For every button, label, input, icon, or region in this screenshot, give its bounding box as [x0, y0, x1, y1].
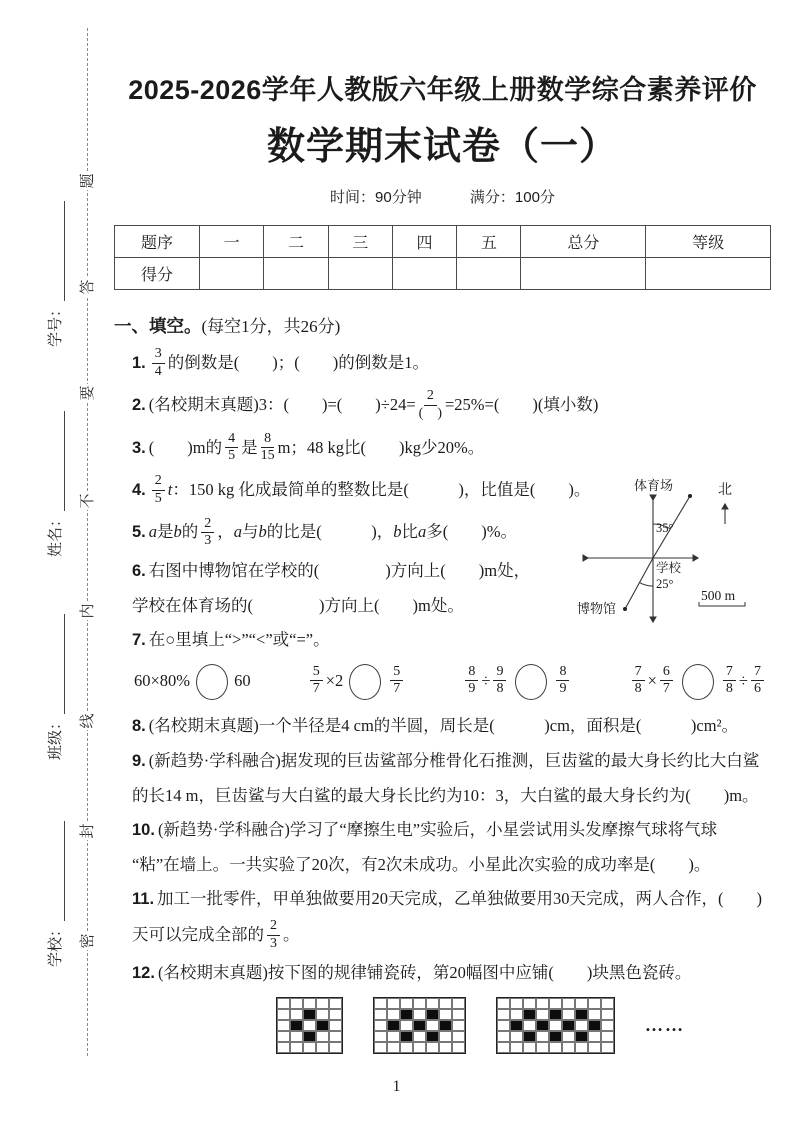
- question-11-line-2: 天可以完成全部的23。: [132, 920, 771, 952]
- tile-cell: [413, 1042, 426, 1053]
- text: (新趋势·学科融合)据发现的巨齿鲨部分椎骨化石推测，巨齿鲨的最大身长约比大白鲨: [149, 751, 759, 770]
- tile-cell: [400, 1020, 413, 1031]
- fraction: 45: [225, 432, 238, 464]
- comparison-group-2: 57×257: [307, 664, 407, 700]
- tile-cell: [316, 1009, 329, 1020]
- tile-cell-black: [316, 1020, 329, 1031]
- tile-cell: [510, 998, 523, 1009]
- score-header-cell: 五: [457, 226, 521, 258]
- tile-cell: [329, 1042, 342, 1053]
- fraction: 23: [267, 919, 280, 951]
- tile-cell: [510, 1031, 523, 1042]
- score-header-cell: 二: [264, 226, 328, 258]
- tile-cell: [601, 1009, 614, 1020]
- tile-cell-black: [387, 1020, 400, 1031]
- tile-cell: [290, 1031, 303, 1042]
- seal-char: 内: [79, 602, 97, 620]
- text: 右图中博物馆在学校的( )方向上( )m处，: [149, 561, 530, 580]
- score-cell-empty: [521, 258, 646, 290]
- tile-cell: [588, 1031, 601, 1042]
- tile-cell: [439, 1031, 452, 1042]
- score-table-header-row: 题序 一 二 三 四 五 总分 等级: [115, 226, 771, 258]
- italic-variable: b: [393, 522, 401, 541]
- school-label: 学校: [656, 560, 682, 575]
- tile-cell: [536, 1009, 549, 1020]
- tile-cell-black: [290, 1020, 303, 1031]
- tile-cell: [536, 1031, 549, 1042]
- text: 天可以完成全部的: [132, 925, 264, 944]
- score-header-cell: 四: [392, 226, 456, 258]
- seal-char: 封: [79, 822, 97, 840]
- school-field: 学校：: [45, 777, 65, 967]
- tile-cell: [562, 1031, 575, 1042]
- score-header-cell: 等级: [646, 226, 771, 258]
- angle-25-label: 25°: [656, 577, 674, 591]
- text: 多( )%。: [426, 522, 517, 541]
- tile-cell: [497, 998, 510, 1009]
- tile-cell: [303, 998, 316, 1009]
- tile-cell: [575, 1042, 588, 1053]
- student-id-blank: [49, 201, 65, 301]
- tile-cell: [426, 998, 439, 1009]
- fraction: 76: [751, 665, 764, 697]
- tile-cell: [588, 998, 601, 1009]
- tile-cell: [601, 998, 614, 1009]
- tile-cell: [303, 1020, 316, 1031]
- time-limit: 时间：90分钟: [330, 189, 422, 206]
- text: ÷: [481, 671, 490, 690]
- tile-cell-black: [510, 1020, 523, 1031]
- seal-char: 密: [79, 932, 97, 950]
- tile-cell: [439, 998, 452, 1009]
- text: 是: [157, 522, 174, 541]
- class-blank: [49, 614, 65, 714]
- tile-cell: [452, 998, 465, 1009]
- tile-cell: [575, 998, 588, 1009]
- tile-cell: [374, 1009, 387, 1020]
- score-header-cell: 题序: [115, 226, 200, 258]
- fraction: 815: [261, 432, 275, 464]
- tile-cell-black: [536, 1020, 549, 1031]
- comparison-circle: [515, 664, 547, 700]
- italic-variable: a: [234, 522, 242, 541]
- text: 60: [234, 671, 251, 690]
- section-1-title: 一、填空。: [114, 316, 202, 336]
- comparison-circle: [196, 664, 228, 700]
- text: 加工一批零件，甲单独做要用20天完成，乙单独做要用30天完成，两人合作，( ): [157, 889, 762, 908]
- tile-cell: [439, 1009, 452, 1020]
- tile-cell: [588, 1009, 601, 1020]
- tile-pattern-figures: ……: [276, 997, 771, 1054]
- tile-figure-2: [373, 997, 466, 1054]
- fraction: 78: [632, 665, 645, 697]
- tile-cell: [497, 1020, 510, 1031]
- text: 的比是( )，: [267, 522, 394, 541]
- school-blank: [49, 821, 65, 921]
- tile-cell: [413, 1009, 426, 1020]
- tile-cell: [510, 1042, 523, 1053]
- fraction: 25: [152, 474, 165, 506]
- score-cell-empty: [392, 258, 456, 290]
- class-field: 班级：: [45, 570, 65, 760]
- tile-cell: [277, 998, 290, 1009]
- tile-cell: [400, 998, 413, 1009]
- tile-cell: [374, 998, 387, 1009]
- tile-cell: [452, 1020, 465, 1031]
- tile-cell: [316, 1031, 329, 1042]
- question-3: 3.( )m的45是815m；48 kg比( )kg少20%。: [132, 433, 771, 465]
- tile-cell: [575, 1020, 588, 1031]
- stadium-label: 体育场: [634, 478, 673, 493]
- tile-cell: [329, 998, 342, 1009]
- comparison-circle: [349, 664, 381, 700]
- text: “粘”在墙上。一共实验了20次，有2次未成功。小星此次实验的成功率是( )。: [132, 855, 710, 874]
- tile-cell: [387, 998, 400, 1009]
- fraction: 89: [556, 665, 569, 697]
- tile-cell: [497, 1042, 510, 1053]
- tile-cell: [387, 1031, 400, 1042]
- map-diagram: 体育场 北 35° 学校 25° 博物馆 500 m: [572, 472, 792, 632]
- question-9-line-2: 的长14 m，巨齿鲨与大白鲨的最大身长比约为10：3，大白鲨的最大身长约为( )…: [132, 782, 771, 809]
- pattern-ellipsis: ……: [645, 1015, 685, 1036]
- question-12: 12.(名校期末真题)按下图的规律铺瓷砖，第20幅图中应铺( )块黑色瓷砖。: [132, 959, 771, 987]
- score-header-cell: 总分: [521, 226, 646, 258]
- text: 学校在体育场的( )方向上( )m处。: [132, 596, 464, 615]
- text: (名校期末真题)按下图的规律铺瓷砖，第20幅图中应铺( )块黑色瓷砖。: [158, 963, 691, 982]
- text: 。: [283, 925, 300, 944]
- tile-cell: [497, 1009, 510, 1020]
- comparison-group-1: 60×80%60: [134, 664, 251, 700]
- student-name-blank: [49, 411, 65, 511]
- tile-cell-black: [575, 1009, 588, 1020]
- scale-label: 500 m: [701, 588, 736, 603]
- text: ×2: [326, 671, 344, 690]
- museum-label: 博物馆: [577, 601, 616, 616]
- section-1-heading: 一、填空。(每空1分，共26分): [114, 312, 771, 338]
- museum-point: [623, 607, 627, 611]
- tile-cell: [400, 1042, 413, 1053]
- tile-cell-black: [523, 1009, 536, 1020]
- tile-cell: [536, 998, 549, 1009]
- italic-variable: b: [259, 522, 267, 541]
- fraction: 57: [390, 665, 403, 697]
- angle-25-arc: [640, 583, 654, 587]
- tile-cell-black: [400, 1009, 413, 1020]
- stadium-point: [688, 494, 692, 498]
- tile-cell-black: [400, 1031, 413, 1042]
- tile-cell-black: [562, 1020, 575, 1031]
- tile-cell: [549, 1042, 562, 1053]
- tile-cell: [426, 1020, 439, 1031]
- page-number: 1: [0, 1078, 793, 1096]
- tile-cell: [601, 1042, 614, 1053]
- score-table-score-row: 得分: [115, 258, 771, 290]
- tile-cell: [290, 1042, 303, 1053]
- tile-cell: [523, 1020, 536, 1031]
- tile-cell: [329, 1031, 342, 1042]
- text: ÷: [739, 671, 748, 690]
- tile-cell: [329, 1020, 342, 1031]
- question-11-line-1: 11.加工一批零件，甲单独做要用20天完成，乙单独做要用30天完成，两人合作，(…: [132, 885, 771, 913]
- angle-35-label: 35°: [656, 521, 674, 535]
- text: 是: [241, 438, 258, 457]
- fraction: 98: [493, 665, 506, 697]
- tile-cell-black: [303, 1009, 316, 1020]
- tile-cell: [523, 998, 536, 1009]
- tile-cell-black: [426, 1009, 439, 1020]
- text: 的长14 m，巨齿鲨与大白鲨的最大身长比约为10：3，大白鲨的最大身长约为( )…: [132, 786, 759, 805]
- tile-cell: [290, 1009, 303, 1020]
- seal-char: 线: [79, 712, 97, 730]
- question-10-line-1: 10.(新趋势·学科融合)学习了“摩擦生电”实验后，小星尝试用头发摩擦气球将气球: [132, 816, 771, 844]
- comparison-group-4: 78×6778÷76: [629, 664, 767, 700]
- italic-variable: b: [174, 522, 182, 541]
- text: ×: [648, 671, 657, 690]
- tile-cell: [374, 1020, 387, 1031]
- tile-cell-black: [575, 1031, 588, 1042]
- tile-cell-black: [439, 1020, 452, 1031]
- question-7-comparisons: 60×80%60 57×257 89÷9889 78×6778÷76: [134, 664, 767, 700]
- score-cell-empty: [328, 258, 392, 290]
- text: =25%=( )(填小数): [445, 395, 598, 414]
- tile-figure-3: [496, 997, 615, 1054]
- text: 在○里填上“>”“<”或“=”。: [149, 630, 330, 649]
- tile-cell: [588, 1042, 601, 1053]
- text: ( )m的: [149, 438, 222, 457]
- fraction: 78: [723, 665, 736, 697]
- tile-cell: [277, 1009, 290, 1020]
- text: (名校期末真题)一个半径是4 cm的半圆，周长是( )cm，面积是( )cm²。: [149, 716, 738, 735]
- comparison-group-3: 89÷9889: [462, 664, 572, 700]
- tile-cell: [601, 1031, 614, 1042]
- tile-cell-black: [413, 1020, 426, 1031]
- tile-cell-black: [588, 1020, 601, 1031]
- tile-cell-black: [426, 1031, 439, 1042]
- exam-info: 时间：90分钟 满分：100分: [114, 186, 771, 207]
- text: ，: [217, 522, 234, 541]
- text: (新趋势·学科融合)学习了“摩擦生电”实验后，小星尝试用头发摩擦气球将气球: [158, 820, 717, 839]
- student-id-label: 学号：: [44, 302, 65, 347]
- tile-cell: [277, 1031, 290, 1042]
- score-cell-empty: [457, 258, 521, 290]
- tile-cell: [452, 1042, 465, 1053]
- school-label: 学校：: [44, 922, 65, 967]
- seal-char: 题: [79, 172, 97, 190]
- question-8: 8.(名校期末真题)一个半径是4 cm的半圆，周长是( )cm，面积是( )cm…: [132, 712, 771, 740]
- score-header-cell: 一: [200, 226, 264, 258]
- school-to-museum-ray: [625, 558, 653, 609]
- tile-cell-black: [303, 1031, 316, 1042]
- question-2: 2.(名校期末真题)3：( )=( )÷24=2( )=25%=( )(填小数): [132, 390, 771, 422]
- score-table: 题序 一 二 三 四 五 总分 等级 得分: [114, 225, 771, 290]
- fraction: 23: [201, 517, 214, 549]
- fraction: 67: [660, 665, 673, 697]
- text: 与: [242, 522, 259, 541]
- tile-figure-1: [276, 997, 343, 1054]
- score-row-label: 得分: [115, 258, 200, 290]
- tile-cell: [497, 1031, 510, 1042]
- seal-char: 不: [79, 492, 97, 510]
- tile-cell: [562, 1042, 575, 1053]
- seal-char: 要: [79, 384, 97, 402]
- score-cell-empty: [646, 258, 771, 290]
- tile-cell: [316, 1042, 329, 1053]
- tile-cell: [523, 1042, 536, 1053]
- tile-cell: [536, 1042, 549, 1053]
- score-header-cell: 三: [328, 226, 392, 258]
- tile-cell: [439, 1042, 452, 1053]
- text: 的: [182, 522, 199, 541]
- student-name-label: 姓名：: [44, 512, 65, 557]
- text: m；48 kg比( )kg少20%。: [278, 438, 485, 457]
- tile-cell: [303, 1042, 316, 1053]
- tile-cell: [452, 1009, 465, 1020]
- fraction: 89: [465, 665, 478, 697]
- exam-page: { "header": { "title_line1": "2025-2026学…: [0, 0, 793, 1121]
- fraction: 2( ): [419, 389, 442, 421]
- tile-cell-black: [549, 1031, 562, 1042]
- tile-cell: [601, 1020, 614, 1031]
- tile-cell: [374, 1042, 387, 1053]
- tile-cell: [316, 998, 329, 1009]
- text: 60×80%: [134, 671, 190, 690]
- score-cell-empty: [264, 258, 328, 290]
- tile-cell-black: [549, 1009, 562, 1020]
- tile-cell: [562, 998, 575, 1009]
- text: 比: [402, 522, 419, 541]
- fraction: 34: [152, 347, 165, 379]
- tile-cell: [549, 998, 562, 1009]
- text: 的倒数是( )；( )的倒数是1。: [168, 353, 429, 372]
- student-name-field: 姓名：: [45, 367, 65, 557]
- question-1: 1.34的倒数是( )；( )的倒数是1。: [132, 348, 771, 380]
- tile-cell: [562, 1009, 575, 1020]
- north-label: 北: [718, 482, 732, 498]
- text: (名校期末真题)3：( )=( )÷24=: [149, 395, 416, 414]
- tile-cell: [510, 1009, 523, 1020]
- section-1-note: (每空1分，共26分): [202, 317, 341, 336]
- exam-series-title: 2025-2026学年人教版六年级上册数学综合素养评价: [114, 68, 771, 107]
- tile-cell: [387, 1042, 400, 1053]
- tile-cell: [387, 1009, 400, 1020]
- tile-cell: [413, 1031, 426, 1042]
- class-label: 班级：: [44, 715, 65, 760]
- tile-cell: [426, 1042, 439, 1053]
- score-cell-empty: [200, 258, 264, 290]
- text: ：150 kg 化成最简单的整数比是( )，比值是( )。: [172, 480, 590, 499]
- tile-cell: [277, 1020, 290, 1031]
- tile-cell: [452, 1031, 465, 1042]
- tile-cell: [549, 1020, 562, 1031]
- fraction: 57: [310, 665, 323, 697]
- exam-title: 数学期末试卷（一）: [114, 115, 771, 170]
- tile-cell: [290, 998, 303, 1009]
- student-id-field: 学号：: [45, 157, 65, 347]
- tile-cell: [329, 1009, 342, 1020]
- italic-variable: a: [149, 522, 157, 541]
- tile-cell: [374, 1031, 387, 1042]
- tile-cell-black: [523, 1031, 536, 1042]
- tile-cell: [277, 1042, 290, 1053]
- question-9-line-1: 9.(新趋势·学科融合)据发现的巨齿鲨部分椎骨化石推测，巨齿鲨的最大身长约比大白…: [132, 747, 771, 775]
- question-10-line-2: “粘”在墙上。一共实验了20次，有2次未成功。小星此次实验的成功率是( )。: [132, 851, 771, 878]
- seal-char: 答: [79, 278, 97, 296]
- tile-cell: [413, 998, 426, 1009]
- comparison-circle: [682, 664, 714, 700]
- full-score: 满分：100分: [470, 189, 555, 206]
